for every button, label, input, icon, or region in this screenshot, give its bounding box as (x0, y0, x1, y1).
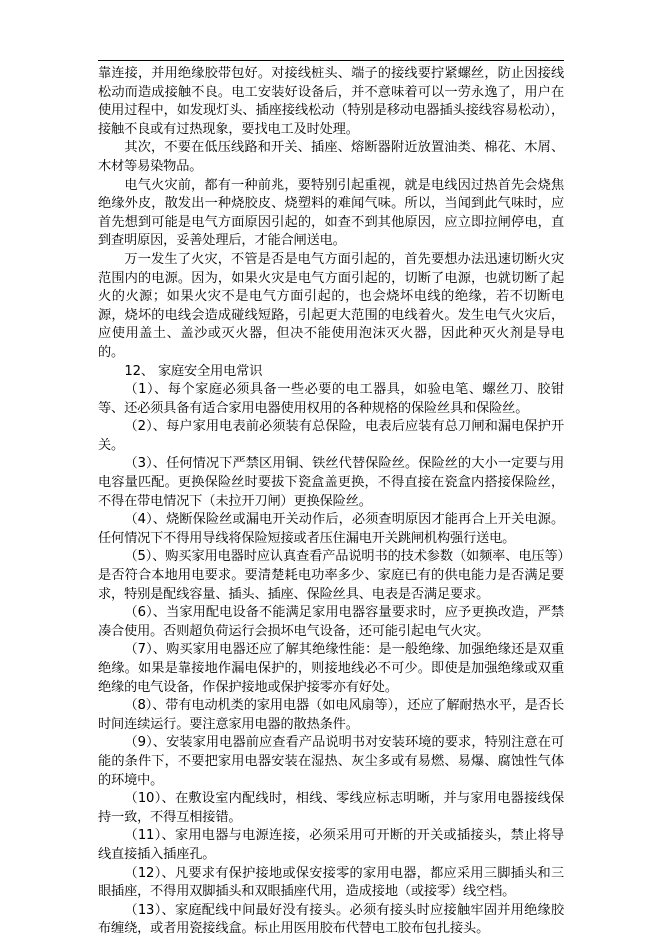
list-item-8: （8）、带有电动机类的家用电器（如电风扇等），还应了解耐热水平，是否长时间连续运… (98, 697, 564, 734)
paragraph-fire-warning-signs: 电气火灾前，都有一种前兆，要特别引起重视，就是电线因过热首先会烧焦绝缘外皮，散发… (98, 177, 564, 251)
list-item-10: （10）、在敷设室内配线时，相线、零线应标志明晰，并与家用电器接线保持一致，不得… (98, 790, 564, 827)
list-item-1: （1）、每个家庭必须具备一些必要的电工器具，如验电笔、螺丝刀、胶钳等、还必须具备… (98, 381, 564, 418)
header-rule (98, 60, 564, 61)
list-item-3: （3）、任何情况下严禁区用铜、铁丝代替保险丝。保险丝的大小一定要与用电容量匹配。… (98, 455, 564, 511)
document-page: 靠连接，并用绝缘胶带包好。对接线桩头、端子的接线要拧紧螺丝，防止因接线松动而造成… (0, 0, 661, 935)
list-item-13: （13）、家庭配线中间最好没有接头。必须有接头时应接触牢固并用绝缘胶布缠绕，或者… (98, 902, 564, 935)
list-item-5: （5）、购买家用电器时应认真查看产品说明书的技术参数（如频率、电压等）是否符合本… (98, 548, 564, 604)
list-item-4: （4）、烧断保险丝或漏电开关动作后，必须查明原因才能再合上开关电源。任何情况下不… (98, 511, 564, 548)
paragraph-continuation: 靠连接，并用绝缘胶带包好。对接线桩头、端子的接线要拧紧螺丝，防止因接线松动而造成… (98, 65, 564, 139)
list-item-7: （7）、购买家用电器还应了解其绝缘性能：是一般绝缘、加强绝缘还是双重绝缘。如果是… (98, 641, 564, 697)
list-item-9: （9）、安装家用电器前应查看产品说明书对安装环境的要求，特别注意在可能的条件下，… (98, 734, 564, 790)
document-body: 靠连接，并用绝缘胶带包好。对接线桩头、端子的接线要拧紧螺丝，防止因接线松动而造成… (98, 65, 564, 935)
list-item-11: （11）、家用电器与电源连接，必须采用可开断的开关或插接头，禁止将导线直接插入插… (98, 827, 564, 864)
list-item-2: （2）、每户家用电表前必须装有总保险，电表后应装有总刀闸和漏电保护开关。 (98, 418, 564, 455)
list-item-12: （12）、凡要求有保护接地或保安接零的家用电器，都应采用三脚插头和三眼插座，不得… (98, 865, 564, 902)
paragraph-flammables: 其次，不要在低压线路和开关、插座、熔断器附近放置油类、棉花、木屑、木材等易染物品… (98, 139, 564, 176)
list-item-6: （6）、当家用配电设备不能满足家用电器容量要求时，应予更换改造，严禁凑合使用。否… (98, 604, 564, 641)
section-heading-home-electrical-safety: 12、 家庭安全用电常识 (98, 363, 564, 382)
paragraph-fire-response: 万一发生了火灾，不管是否是电气方面引起的，首先要想办法迅速切断火灾范围内的电源。… (98, 251, 564, 363)
